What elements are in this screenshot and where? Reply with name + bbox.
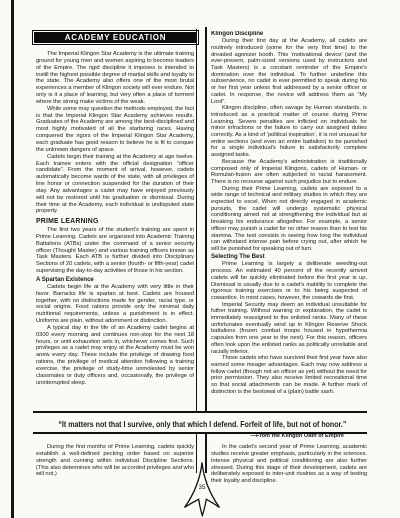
body-paragraph: Those cadets who have survived their fir… [211,355,367,395]
klingon-emblem-icon: 35 [181,461,223,517]
body-paragraph: Cadets begin their training at the Acade… [36,154,194,216]
klingon-discipline-heading: Klingon Discipline [211,31,367,38]
body-paragraph: During their first day at the Academy, a… [211,38,367,105]
body-paragraph: A typical day in the life of an Academy … [36,325,194,387]
body-paragraph: During the first months of Prime Learnin… [36,444,194,478]
oath-quote-block: “It matters not that I survive, only tha… [33,414,367,439]
oath-quote: “It matters not that I survive, only tha… [58,419,346,429]
footer-left-column: During the first months of Prime Learnin… [36,444,194,478]
footer-right-column: In the cadet's second year of Prime Lear… [211,444,367,485]
section-title: ACADEMY EDUCATION [65,33,166,42]
page-number: 35 [199,484,206,491]
body-paragraph: While some may question the methods empl… [36,106,194,154]
quote-bottom-rule [33,432,367,434]
body-paragraph: Klingon discipline, often savage by Huma… [211,105,367,159]
right-column: Klingon Discipline During their first da… [211,31,367,410]
prime-learning-heading: PRIME LEARNING [36,219,194,226]
body-paragraph: Cadets begin life at the Academy with ve… [36,284,194,325]
scanned-book-page: ACADEMY EDUCATION The Imperial Klingon S… [0,0,400,518]
column-divider-rule-right [205,27,207,411]
selecting-the-best-heading: Selecting The Best [211,254,367,261]
spartan-existence-heading: A Spartan Existence [36,277,194,284]
body-paragraph: The first two years of the student's tra… [36,227,194,275]
body-paragraph: The Imperial Klingon Star Academy is the… [36,51,194,106]
quote-top-rule [33,411,367,413]
body-paragraph: Because the Academy's administration is … [211,159,367,186]
page-binding-edge [11,0,14,518]
section-header-bar: ACADEMY EDUCATION [32,30,199,45]
body-paragraph: In the cadet's second year of Prime Lear… [211,444,367,485]
body-paragraph: Imperial Security may deem an individual… [211,302,367,356]
body-paragraph: During their Prime Learning, cadets are … [211,186,367,253]
left-column: The Imperial Klingon Star Academy is the… [36,51,194,410]
column-divider-rule-left [196,29,198,411]
body-paragraph: Prime Learning is largely a deliberate w… [211,261,367,301]
